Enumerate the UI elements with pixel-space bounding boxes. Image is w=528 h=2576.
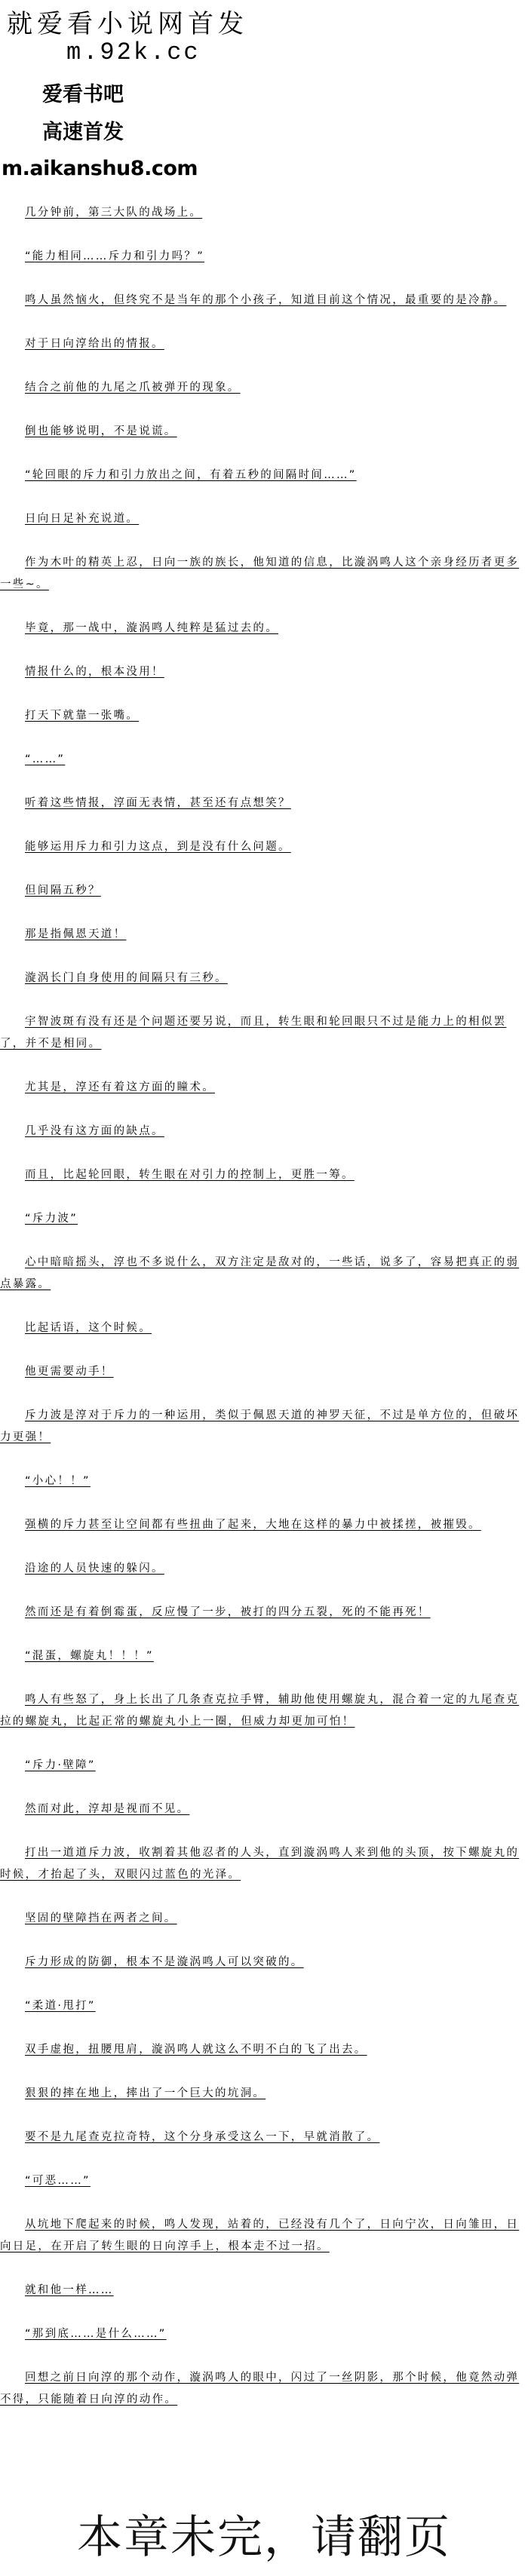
chapter-paragraph: 打天下就靠一张嘴。 bbox=[0, 705, 520, 727]
site-title: 就爱看小说网首发 bbox=[7, 11, 248, 38]
chapter-paragraph: “斥力波” bbox=[0, 1208, 520, 1230]
chapter-paragraph: 沿途的人员快速的躲闪。 bbox=[0, 1558, 520, 1580]
chapter-paragraph: 他更需要动手！ bbox=[0, 1361, 520, 1383]
chapter-paragraph: 能够运用斥力和引力这点，到是没有什么问题。 bbox=[0, 836, 520, 858]
promo-url-link[interactable]: m.aikanshu8.com bbox=[2, 156, 198, 182]
chapter-paragraph: 毕竟，那一战中，漩涡鸣人纯粹是猛过去的。 bbox=[0, 618, 520, 639]
chapter-paragraph: 鸣人虽然恼火，但终究不是当年的那个小孩子，知道目前这个情况，最重要的是冷静。 bbox=[0, 290, 520, 311]
chapter-paragraph: 几乎没有这方面的缺点。 bbox=[0, 1121, 520, 1142]
chapter-paragraph: 狠狠的摔在地上，摔出了一个巨大的坑洞。 bbox=[0, 2083, 520, 2105]
chapter-paragraph: “能力相同……斥力和引力吗？” bbox=[0, 246, 520, 268]
site-header: 就爱看小说网首发 m.92k.cc 爱看书吧 高速首发 m.aikanshu8.… bbox=[0, 0, 528, 198]
chapter-paragraph: 从坑地下爬起来的时候，鸣人发现，站着的，已经没有几个了，日向宁次，日向雏田，日向… bbox=[0, 2214, 520, 2258]
chapter-paragraph: 然而还是有着倒霉蛋，反应慢了一步，被打的四分五裂，死的不能再死！ bbox=[0, 1602, 520, 1624]
chapter-paragraph: “柔道·甩打” bbox=[0, 1995, 520, 2017]
chapter-paragraph: 宇智波斑有没有还是个问题还要另说，而且，转生眼和轮回眼只不过是能力上的相似罢了，… bbox=[0, 1011, 520, 1055]
chapter-paragraph: 要不是九尾查克拉奇特，这个分身承受这么一下，早就消散了。 bbox=[0, 2127, 520, 2148]
chapter-paragraph: “……” bbox=[0, 749, 520, 771]
chapter-continue-notice[interactable]: 本章未完，请翻页 bbox=[0, 2510, 528, 2565]
chapter-paragraph: 斥力波是淳对于斥力的一种运用，类似于佩恩天道的神罗天征，不过是单方位的，但破坏力… bbox=[0, 1405, 520, 1449]
chapter-paragraph: “斥力·壁障” bbox=[0, 1755, 520, 1777]
chapter-paragraph: 对于日向淳给出的情报。 bbox=[0, 333, 520, 355]
chapter-paragraph: 就和他一样…… bbox=[0, 2280, 520, 2302]
chapter-paragraph: 鸣人有些怒了，身上长出了几条查克拉手臂，辅助他使用螺旋丸，混合着一定的九尾查克拉… bbox=[0, 1689, 520, 1733]
chapter-paragraph: 情报什么的，根本没用！ bbox=[0, 661, 520, 683]
chapter-paragraph: “轮回眼的斥力和引力放出之间，有着五秒的间隔时间……” bbox=[0, 465, 520, 486]
chapter-paragraph: 而且，比起轮回眼，转生眼在对引力的控制上，更胜一筹。 bbox=[0, 1164, 520, 1186]
chapter-paragraph: 几分钟前，第三大队的战场上。 bbox=[0, 202, 520, 224]
chapter-paragraph: 双手虚抱，扭腰甩肩，漩涡鸣人就这么不明不白的飞了出去。 bbox=[0, 2039, 520, 2061]
chapter-paragraph: “那到底……是什么……” bbox=[0, 2323, 520, 2345]
chapter-paragraph: 漩涡长门自身使用的间隔只有三秒。 bbox=[0, 968, 520, 989]
chapter-paragraph: 但间隔五秒？ bbox=[0, 880, 520, 902]
chapter-paragraph: “可恶……” bbox=[0, 2170, 520, 2192]
chapter-paragraph: 作为木叶的精英上忍，日向一族的族长，他知道的信息，比漩涡鸣人这个亲身经历者更多一… bbox=[0, 552, 520, 596]
chapter-paragraph: 那是指佩恩天道！ bbox=[0, 924, 520, 946]
chapter-content: 几分钟前，第三大队的战场上。“能力相同……斥力和引力吗？”鸣人虽然恼火，但终究不… bbox=[0, 202, 520, 2433]
chapter-paragraph: 倒也能够说明，不是说谎。 bbox=[0, 421, 520, 443]
chapter-paragraph: 心中暗暗摇头，淳也不多说什么，双方注定是敌对的，一些话，说多了，容易把真正的弱点… bbox=[0, 1252, 520, 1296]
chapter-paragraph: 尤其是，淳还有着这方面的瞳术。 bbox=[0, 1077, 520, 1099]
chapter-paragraph: 然而对此，淳却是视而不见。 bbox=[0, 1799, 520, 1820]
chapter-paragraph: 强横的斥力甚至让空间都有些扭曲了起来，大地在这样的暴力中被揉搓，被摧毁。 bbox=[0, 1514, 520, 1536]
chapter-paragraph: 打出一道道斥力波，收割着其他忍者的人头，直到漩涡鸣人来到他的头顶，按下螺旋丸的时… bbox=[0, 1842, 520, 1886]
chapter-paragraph: 听着这些情报，淳面无表情，甚至还有点想笑？ bbox=[0, 793, 520, 814]
chapter-paragraph: 坚固的壁障挡在两者之间。 bbox=[0, 1908, 520, 1930]
chapter-paragraph: 回想之前日向淳的那个动作，漩涡鸣人的眼中，闪过了一丝阴影，那个时候，他竟然动弹不… bbox=[0, 2367, 520, 2411]
site-url-link[interactable]: m.92k.cc bbox=[66, 39, 201, 66]
chapter-paragraph: 结合之前他的九尾之爪被弹开的现象。 bbox=[0, 377, 520, 399]
promo-tagline: 高速首发 bbox=[42, 121, 124, 145]
chapter-paragraph: 比起话语，这个时候。 bbox=[0, 1317, 520, 1339]
chapter-paragraph: 斥力形成的防御，根本不是漩涡鸣人可以突破的。 bbox=[0, 1952, 520, 1973]
chapter-paragraph: “小心！！” bbox=[0, 1470, 520, 1492]
chapter-paragraph: “混蛋，螺旋丸！！！” bbox=[0, 1645, 520, 1667]
promo-site-name: 爱看书吧 bbox=[42, 83, 124, 107]
chapter-paragraph: 日向日足补充说道。 bbox=[0, 508, 520, 530]
